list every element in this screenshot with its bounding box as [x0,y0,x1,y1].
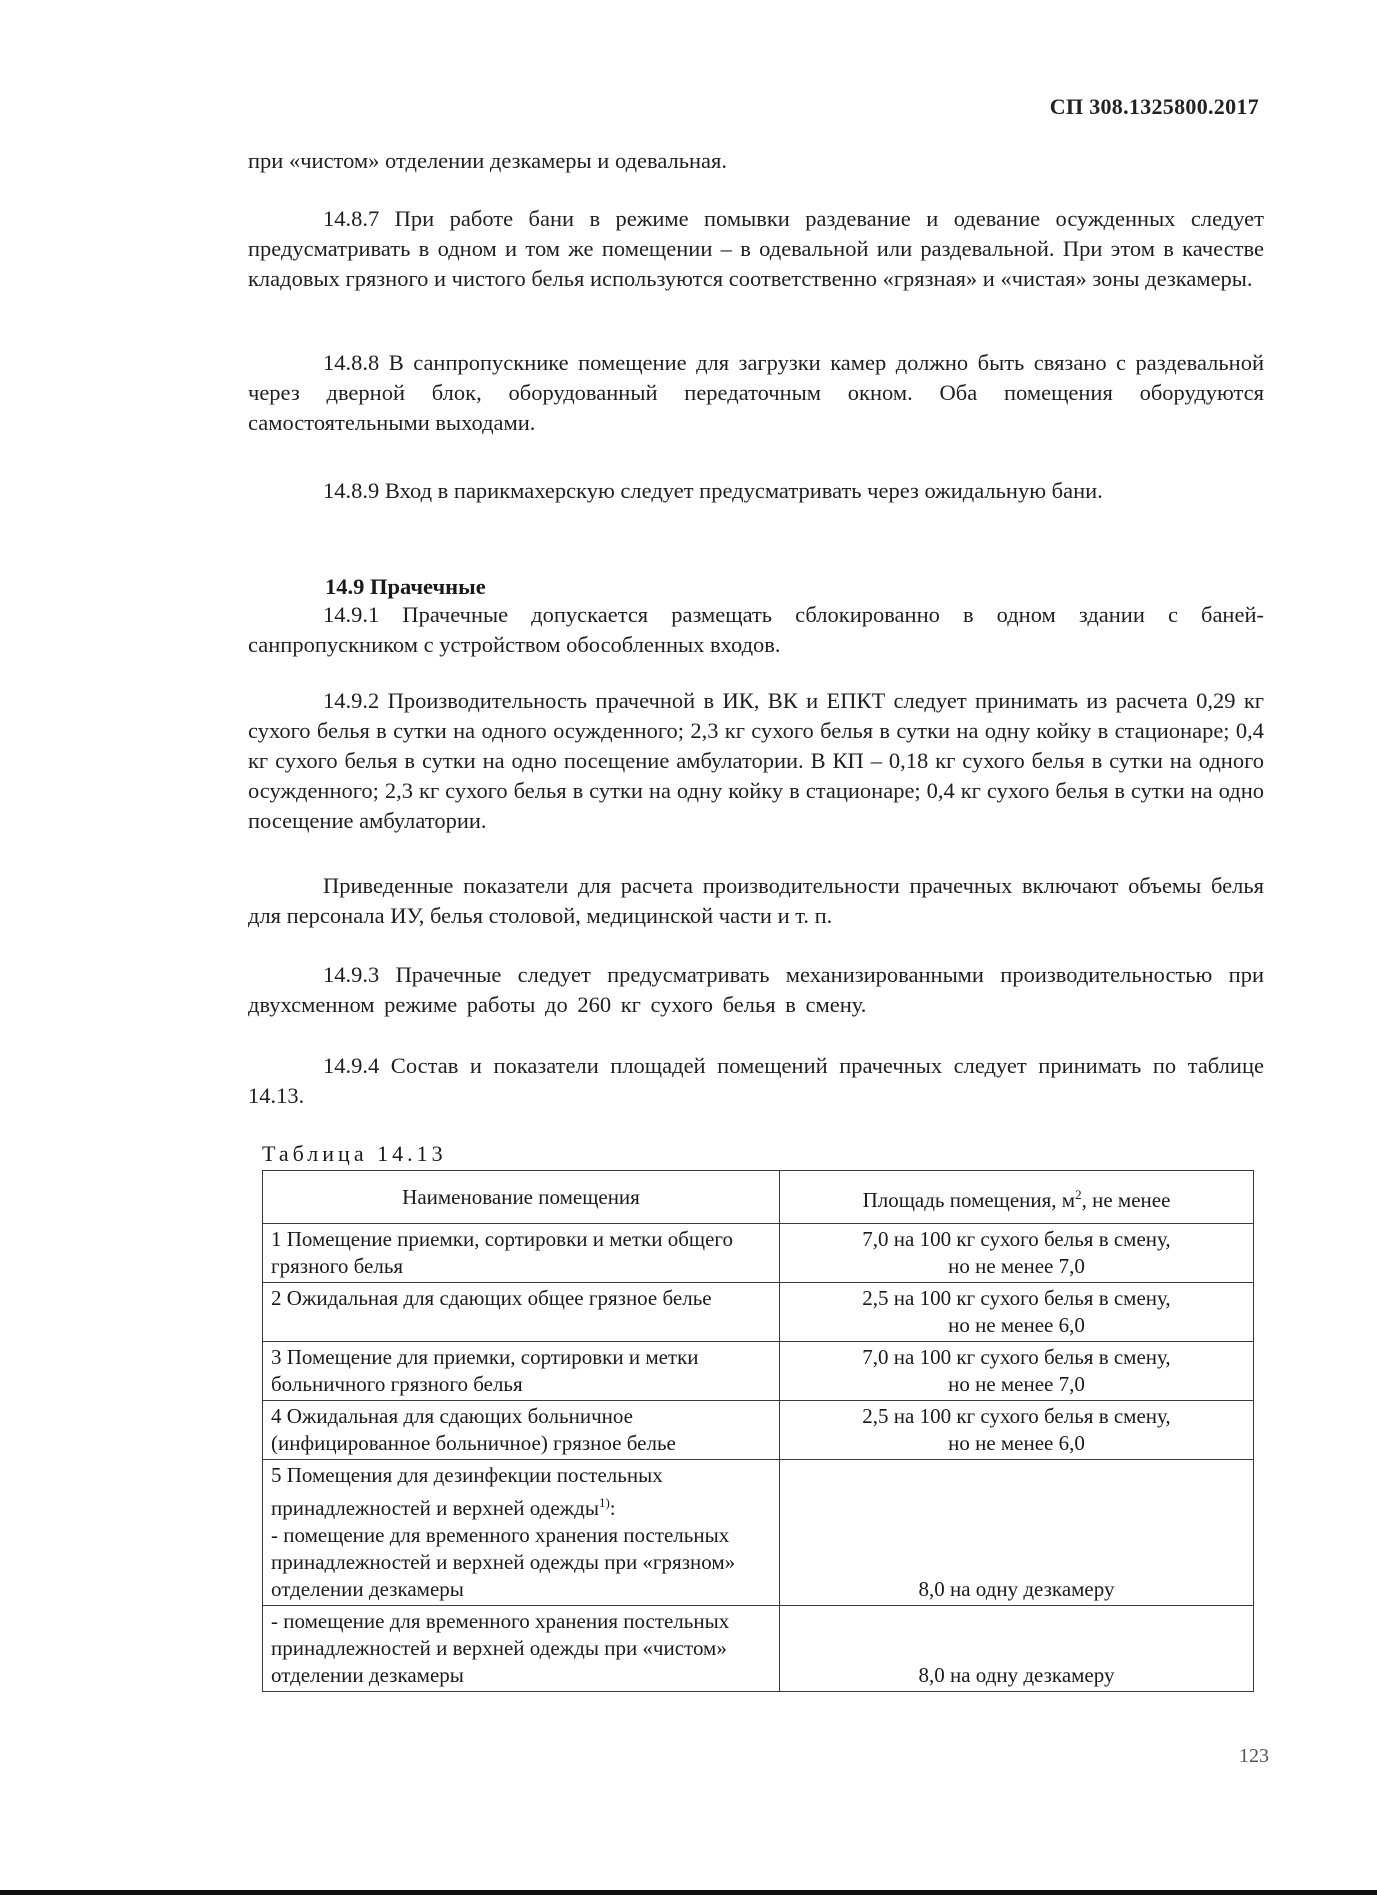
table-caption: Таблица 14.13 [262,1140,447,1168]
room-name-cell: 3 Помещение для приемки, сортировки и ме… [263,1342,780,1401]
area-cell: 2,5 на 100 кг сухого белья в смену, но н… [780,1401,1254,1460]
document-code: СП 308.1325800.2017 [1050,94,1259,120]
page-number: 123 [1239,1745,1269,1768]
table-row: 4 Ожидальная для сдающих больничное (инф… [263,1401,1254,1460]
paragraph-14-8-8: 14.8.8 В санпропускнике помещение для за… [248,348,1264,438]
room-name-cell: 1 Помещение приемки, сортировки и метки … [263,1224,780,1283]
area-cell: 7,0 на 100 кг сухого белья в смену, но н… [780,1342,1254,1401]
section-heading-14-9: 14.9 Прачечные [325,572,486,602]
paragraph-note: Приведенные показатели для расчета произ… [248,871,1264,931]
table-row: 2 Ожидальная для сдающих общее грязное б… [263,1283,1254,1342]
table-row: 1 Помещение приемки, сортировки и метки … [263,1224,1254,1283]
table-row: 3 Помещение для приемки, сортировки и ме… [263,1342,1254,1401]
rooms-area-table: Наименование помещения Площадь помещения… [262,1170,1254,1692]
paragraph-14-9-2: 14.9.2 Производительность прачечной в ИК… [248,686,1264,836]
column-header-room-name: Наименование помещения [263,1171,780,1224]
paragraph-continuation: при «чистом» отделении дезкамеры и одева… [248,146,1264,176]
area-cell: 2,5 на 100 кг сухого белья в смену, но н… [780,1283,1254,1342]
paragraph-14-9-1: 14.9.1 Прачечные допускается размещать с… [248,600,1264,660]
room-name-cell: 4 Ожидальная для сдающих больничное (инф… [263,1401,780,1460]
paragraph-14-8-7: 14.8.7 При работе бани в режиме помывки … [248,204,1264,294]
room-name-cell: - помещение для временного хранения пост… [263,1606,780,1692]
scan-edge-band [0,1890,1377,1895]
document-page: СП 308.1325800.2017 при «чистом» отделен… [0,0,1377,1895]
paragraph-14-8-9: 14.8.9 Вход в парикмахерскую следует пре… [248,476,1264,506]
column-header-area: Площадь помещения, м2, не менее [780,1171,1254,1224]
paragraph-14-9-3: 14.9.3 Прачечные следует предусматривать… [248,960,1264,1020]
room-name-cell: 2 Ожидальная для сдающих общее грязное б… [263,1283,780,1342]
room-name-cell: 5 Помещения для дезинфекции постельных п… [263,1460,780,1606]
area-cell: 7,0 на 100 кг сухого белья в смену, но н… [780,1224,1254,1283]
table-header-row: Наименование помещения Площадь помещения… [263,1171,1254,1224]
paragraph-14-9-4: 14.9.4 Состав и показатели площадей поме… [248,1051,1264,1111]
table-row: 5 Помещения для дезинфекции постельных п… [263,1460,1254,1606]
table-row: - помещение для временного хранения пост… [263,1606,1254,1692]
area-cell: 8,0 на одну дезкамеру [780,1606,1254,1692]
area-cell: 8,0 на одну дезкамеру [780,1460,1254,1606]
